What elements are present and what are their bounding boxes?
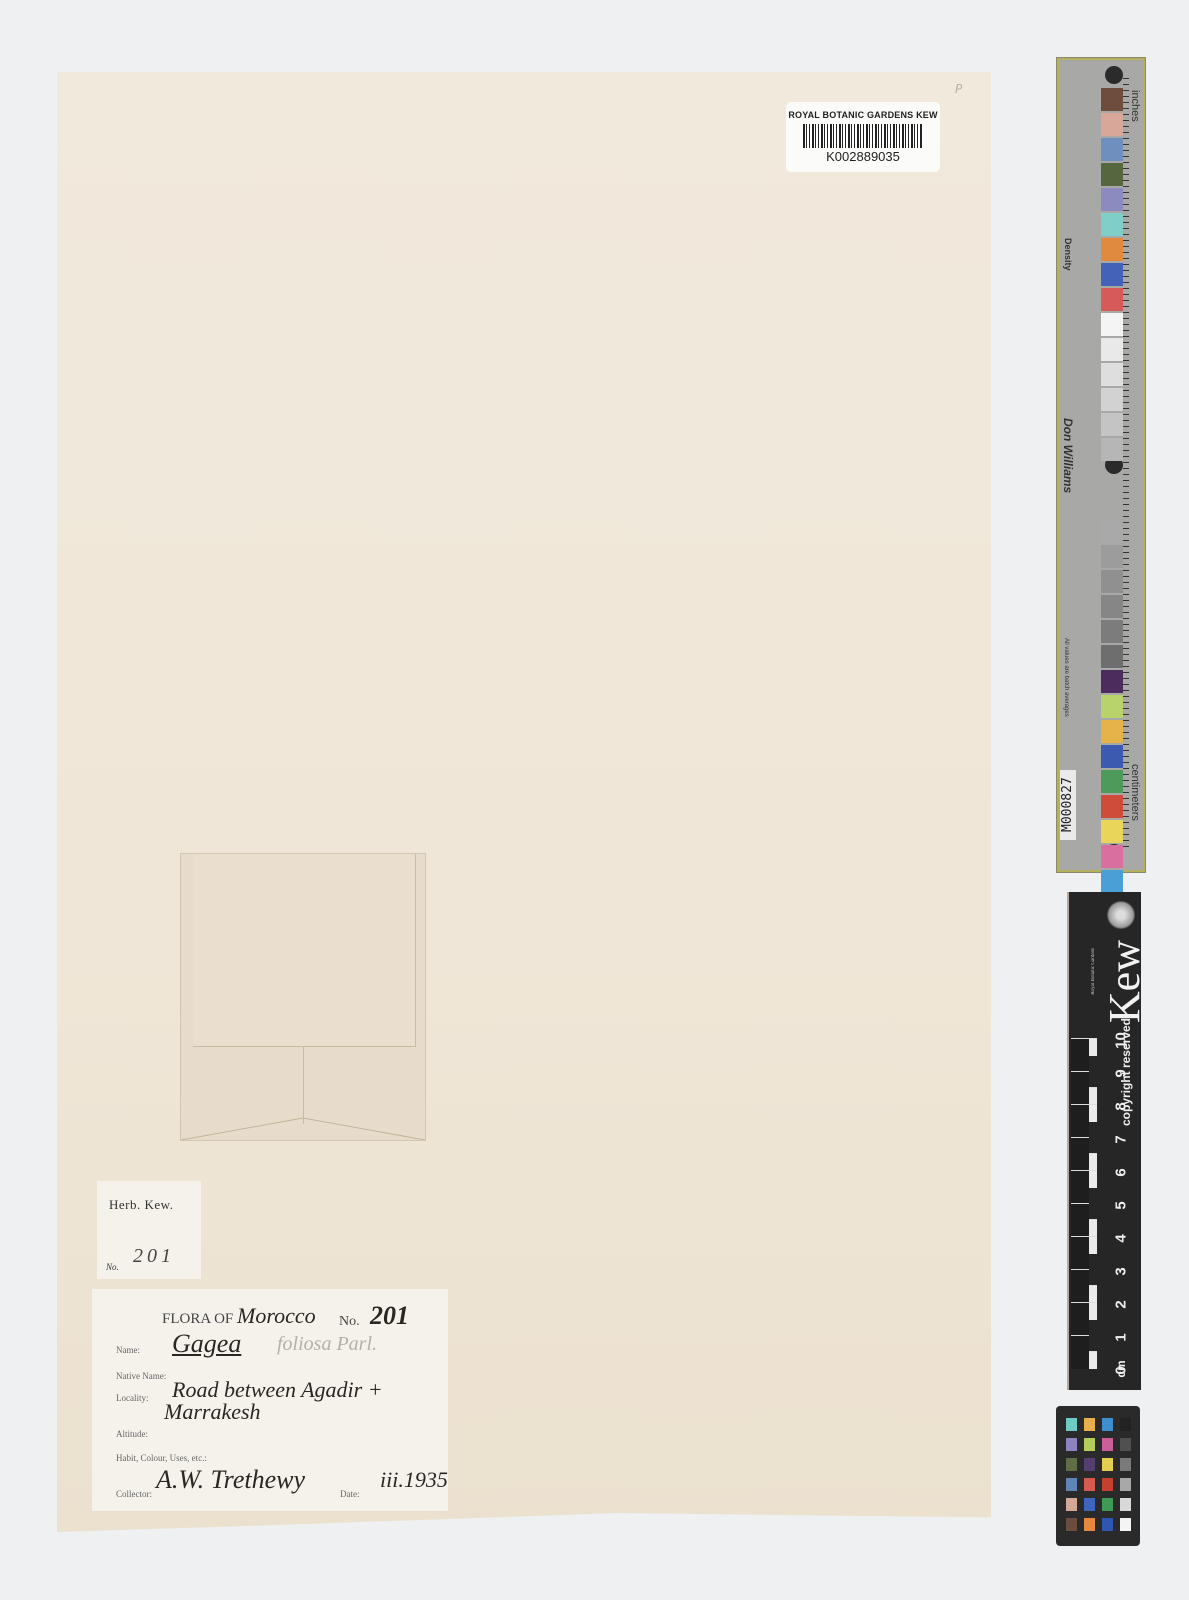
checker-patch xyxy=(1102,1438,1113,1451)
habit-label: Habit, Colour, Uses, etc.: xyxy=(116,1453,207,1463)
scale-number: 1 xyxy=(1113,1326,1130,1350)
checker-patch xyxy=(1084,1418,1095,1431)
date-label: Date: xyxy=(340,1489,360,1499)
color-swatch xyxy=(1101,263,1123,286)
scale-segment xyxy=(1089,1285,1097,1303)
scale-number: 2 xyxy=(1113,1293,1130,1317)
color-swatch xyxy=(1101,438,1123,461)
scale-segment xyxy=(1071,1104,1089,1138)
color-swatch xyxy=(1101,388,1123,411)
color-swatch xyxy=(1101,595,1123,618)
altitude-label: Altitude: xyxy=(116,1429,148,1439)
collector-label: Collector: xyxy=(116,1489,152,1499)
scale-segment xyxy=(1089,1170,1097,1188)
color-swatch xyxy=(1101,645,1123,668)
flora-label: FLORA OF Morocco No. 201 Name: Gagea fol… xyxy=(92,1289,448,1511)
name-label: Name: xyxy=(116,1345,140,1355)
scale-segment xyxy=(1089,1351,1097,1369)
kew-subtitle: Royal Botanic Gardens xyxy=(1091,948,1096,995)
date-value: iii.1935 xyxy=(380,1467,448,1493)
colorbar-inches-text: inches xyxy=(1129,90,1141,122)
color-swatch xyxy=(1101,695,1123,718)
flora-heading-printed: FLORA OF xyxy=(162,1311,233,1327)
kew-logo: Kew xyxy=(1099,940,1150,1023)
name-value: Gagea xyxy=(172,1329,241,1359)
flora-number-prefix: No. xyxy=(339,1314,360,1330)
checker-patch xyxy=(1102,1498,1113,1511)
density-label: Density xyxy=(1063,238,1073,271)
color-swatch xyxy=(1101,795,1123,818)
color-swatch xyxy=(1101,570,1123,593)
kew-crest-icon xyxy=(1107,900,1135,930)
flora-heading-region: Morocco xyxy=(237,1303,316,1329)
colorbar-brand: Don Williams xyxy=(1061,418,1075,493)
color-swatch xyxy=(1101,820,1123,843)
color-swatch xyxy=(1101,188,1123,211)
scale-segment xyxy=(1089,1236,1097,1254)
color-swatch xyxy=(1101,545,1123,568)
checker-patch xyxy=(1120,1418,1131,1431)
color-swatch xyxy=(1101,138,1123,161)
checker-patch xyxy=(1084,1498,1095,1511)
scale-segment xyxy=(1071,1137,1089,1171)
scale-segment xyxy=(1071,1302,1089,1336)
pencil-mark: P xyxy=(955,82,962,96)
color-swatch xyxy=(1101,413,1123,436)
native-name-label: Native Name: xyxy=(116,1371,166,1381)
checker-patch xyxy=(1066,1498,1077,1511)
checker-patch xyxy=(1102,1478,1113,1491)
collector-value: A.W. Trethewy xyxy=(156,1465,305,1495)
swatch-column-top xyxy=(1101,88,1123,463)
scale-number: 7 xyxy=(1113,1128,1130,1152)
checker-patch xyxy=(1066,1438,1077,1451)
barcode-icon xyxy=(803,124,923,148)
checker-patch xyxy=(1120,1518,1131,1531)
herb-kew-label: Herb. Kew. No. 201 xyxy=(97,1181,201,1279)
ruler-ticks xyxy=(1123,78,1129,848)
color-checker xyxy=(1056,1406,1140,1546)
scale-unit: cm xyxy=(1114,1357,1128,1381)
color-swatch xyxy=(1101,670,1123,693)
color-swatch xyxy=(1101,363,1123,386)
flora-number: 201 xyxy=(370,1301,409,1331)
scale-segment xyxy=(1071,1038,1089,1072)
scale-segment xyxy=(1089,1219,1097,1237)
checker-patch xyxy=(1102,1518,1113,1531)
packet-flap xyxy=(193,854,416,1047)
colorbar-note: All values are batch averages xyxy=(1063,638,1069,717)
checker-patch xyxy=(1120,1438,1131,1451)
color-reference-bar: inches centimeters Density Don Williams … xyxy=(1056,57,1146,873)
checker-patch xyxy=(1084,1438,1095,1451)
color-swatch xyxy=(1101,238,1123,261)
checker-patch xyxy=(1084,1478,1095,1491)
scale-number: 3 xyxy=(1113,1260,1130,1284)
color-swatch xyxy=(1101,213,1123,236)
checker-patch xyxy=(1066,1418,1077,1431)
color-swatch xyxy=(1101,313,1123,336)
scale-segment xyxy=(1071,1203,1089,1237)
scale-number: 5 xyxy=(1113,1194,1130,1218)
color-swatch xyxy=(1101,288,1123,311)
checker-patch xyxy=(1084,1518,1095,1531)
scale-segment xyxy=(1071,1269,1089,1303)
barcode-label: ROYAL BOTANIC GARDENS KEW K002889035 xyxy=(786,102,940,172)
scale-segment xyxy=(1089,1038,1097,1056)
checker-patch xyxy=(1102,1458,1113,1471)
scale-number: 10 xyxy=(1113,1029,1130,1053)
checker-patch xyxy=(1066,1458,1077,1471)
scale-segment xyxy=(1089,1153,1097,1171)
scale-segment xyxy=(1089,1087,1097,1105)
color-swatch xyxy=(1101,870,1123,893)
color-swatch xyxy=(1101,338,1123,361)
checker-patch xyxy=(1102,1418,1113,1431)
flora-heading: FLORA OF xyxy=(162,1311,233,1328)
colorbar-id: M000827 xyxy=(1060,770,1076,840)
checker-patch xyxy=(1084,1458,1095,1471)
hole-icon xyxy=(1105,66,1123,84)
scale-number: 6 xyxy=(1113,1161,1130,1185)
scale-segment xyxy=(1071,1170,1089,1204)
color-swatch xyxy=(1101,620,1123,643)
locality-label: Locality: xyxy=(116,1393,149,1403)
scale-number: 8 xyxy=(1113,1095,1130,1119)
checker-patch xyxy=(1120,1498,1131,1511)
checker-patch xyxy=(1066,1478,1077,1491)
barcode-number: K002889035 xyxy=(786,149,940,164)
color-swatch xyxy=(1101,770,1123,793)
locality-value-line2: Marrakesh xyxy=(164,1399,261,1425)
packet-fold-icon xyxy=(181,1110,425,1140)
checker-patch xyxy=(1120,1458,1131,1471)
name-annotation: foliosa Parl. xyxy=(277,1333,377,1356)
color-swatch xyxy=(1101,113,1123,136)
color-swatch xyxy=(1101,88,1123,111)
swatch-column-bottom xyxy=(1101,520,1123,895)
scale-segment xyxy=(1071,1335,1089,1369)
color-swatch xyxy=(1101,520,1123,543)
color-swatch xyxy=(1101,745,1123,768)
herb-label-no-prefix: No. xyxy=(106,1262,119,1272)
colorbar-cm-text: centimeters xyxy=(1129,764,1141,821)
kew-scale-bar: Kew Royal Botanic Gardens copyright rese… xyxy=(1067,892,1141,1390)
barcode-institution: ROYAL BOTANIC GARDENS KEW xyxy=(786,110,940,120)
scale-segment xyxy=(1089,1302,1097,1320)
scale-segment xyxy=(1071,1071,1089,1105)
color-swatch xyxy=(1101,845,1123,868)
scale-number: 4 xyxy=(1113,1227,1130,1251)
herb-label-title: Herb. Kew. xyxy=(109,1197,173,1213)
scale-number: 9 xyxy=(1113,1062,1130,1086)
color-swatch xyxy=(1101,720,1123,743)
color-swatch xyxy=(1101,163,1123,186)
checker-patch xyxy=(1120,1478,1131,1491)
checker-patch xyxy=(1066,1518,1077,1531)
scale-segment xyxy=(1071,1236,1089,1270)
specimen-packet xyxy=(180,853,426,1141)
herb-label-number: 201 xyxy=(133,1245,175,1268)
scale-segment xyxy=(1089,1104,1097,1122)
